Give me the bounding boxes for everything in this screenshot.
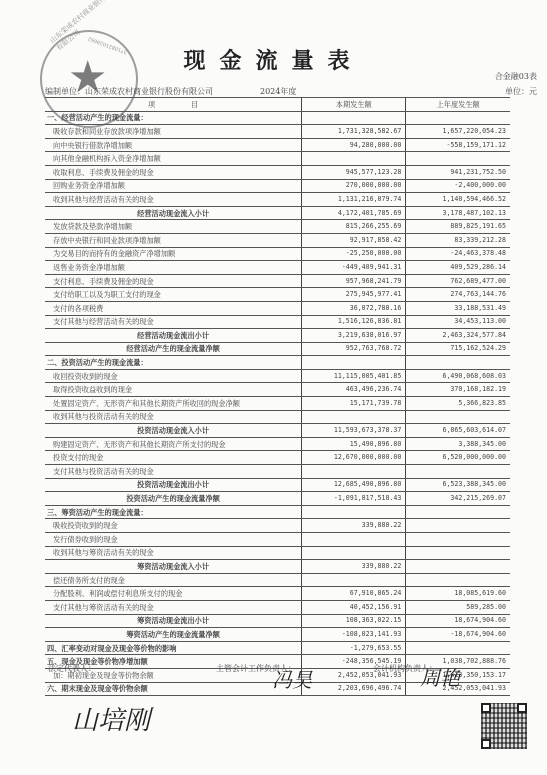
table-row: 收取利息、手续费及佣金的现金945,577,123.28941,231,752.… [45, 165, 510, 179]
current-period-value: 12,670,000,000.00 [302, 451, 406, 465]
prior-period-value: -558,159,171.12 [406, 138, 510, 152]
subtotal-row: 经营活动现金流出小计3,219,638,016.972,463,324,577.… [45, 329, 510, 343]
current-period-value: 11,593,673,378.37 [302, 424, 406, 438]
qr-code-icon [481, 703, 527, 749]
prior-period-value [406, 533, 510, 547]
row-label: 向其他金融机构拆入资金净增加额 [45, 152, 302, 166]
row-label: 发放贷款及垫款净增加额 [45, 220, 302, 234]
table-row: 发行债券收到的现金 [45, 533, 510, 547]
subtotal-row: 投资活动现金流出小计12,685,490,896.806,523,388,345… [45, 478, 510, 492]
table-row: 支付其他与投资活动有关的现金 [45, 465, 510, 479]
row-label: 收回投资收到的现金 [45, 369, 302, 383]
current-period-value [302, 465, 406, 479]
prior-period-value: 274,763,144.76 [406, 288, 510, 302]
prior-period-value: 5,366,823.85 [406, 397, 510, 411]
prior-period-value [406, 519, 510, 533]
row-label: 支付给职工以及为职工支付的现金 [45, 288, 302, 302]
page-title: 现金流量表 [0, 44, 547, 75]
prior-period-value: 1,657,220,054.23 [406, 125, 510, 139]
table-row: 支付其他与经营活动有关的现金1,516,126,836.8134,453,113… [45, 315, 510, 329]
row-label: 为交易目的而持有的金融资产净增加额 [45, 247, 302, 261]
table-row: 向中央银行借款净增加额94,280,000.00-558,159,171.12 [45, 138, 510, 152]
row-label: 二、投资活动产生的现金流量： [45, 356, 302, 370]
table-row: 收回投资收到的现金11,115,005,401.856,490,068,608.… [45, 369, 510, 383]
row-label: 收到其他与投资活动有关的现金 [45, 410, 302, 424]
current-period-value: -449,409,941.31 [302, 261, 406, 275]
current-period-value: -1,091,817,518.43 [302, 492, 406, 506]
current-period-value: 108,363,022.15 [302, 614, 406, 628]
prior-period-value: 715,162,524.29 [406, 342, 510, 356]
current-period-value: 1,516,126,836.81 [302, 315, 406, 329]
row-label: 一、经营活动产生的现金流量： [45, 111, 302, 125]
table-row: 投资支付的现金12,670,000,000.006,520,000,000.00 [45, 451, 510, 465]
reporting-entity: 编制单位：山东荣成农村商业银行股份有限公司 [45, 86, 213, 97]
row-label: 支付其他与投资活动有关的现金 [45, 465, 302, 479]
row-label: 投资支付的现金 [45, 451, 302, 465]
row-label: 返售业务资金净增加额 [45, 261, 302, 275]
prior-period-value: 6,490,068,608.03 [406, 369, 510, 383]
prior-period-value: 3,178,487,102.13 [406, 206, 510, 220]
row-label: 支付的各项税费 [45, 301, 302, 315]
legal-rep-label: 法定代表人： [48, 663, 96, 674]
current-period-value: -1,279,653.55 [302, 641, 406, 655]
row-label: 收取利息、手续费及佣金的现金 [45, 165, 302, 179]
row-label: 筹资活动现金流入小计 [45, 560, 302, 574]
table-row: 吸收存款和同业存放款项净增加额1,731,328,582.671,657,220… [45, 125, 510, 139]
row-label: 购建固定资产、无形资产和其他长期资产所支付的现金 [45, 437, 302, 451]
row-label: 发行债券收到的现金 [45, 533, 302, 547]
current-period-value [302, 573, 406, 587]
subtotal-row: 筹资活动产生的现金流量净额-108,023,141.93-18,674,904.… [45, 628, 510, 642]
table-body: 一、经营活动产生的现金流量：吸收存款和同业存放款项净增加额1,731,328,5… [45, 111, 510, 696]
row-label: 筹资活动现金流出小计 [45, 614, 302, 628]
current-period-value [302, 533, 406, 547]
table-row: 收到其他与筹资活动有关的现金 [45, 546, 510, 560]
prior-period-value [406, 641, 510, 655]
current-period-value: 1,731,328,582.67 [302, 125, 406, 139]
row-label: 筹资活动产生的现金流量净额 [45, 628, 302, 642]
section-row: 四、汇率变动对现金及现金等价物的影响-1,279,653.55 [45, 641, 510, 655]
table-row: 支付给职工以及为职工支付的现金275,945,977.41274,763,144… [45, 288, 510, 302]
table-row: 支付的各项税费36,072,788.1633,188,531.49 [45, 301, 510, 315]
current-period-value: 339,880.22 [302, 560, 406, 574]
table-row: 收到其他与经营活动有关的现金1,131,216,079.741,140,594,… [45, 193, 510, 207]
currency-unit: 单位：元 [505, 86, 537, 97]
prior-period-value: 33,188,531.49 [406, 301, 510, 315]
row-label: 投资活动现金流入小计 [45, 424, 302, 438]
row-label: 六、期末现金及现金等价物余额 [45, 682, 302, 696]
table-row: 支付其他与筹资活动有关的现金40,452,156.91589,285.00 [45, 600, 510, 614]
table-row: 发放贷款及垫款净增加额815,266,255.69889,825,191.65 [45, 220, 510, 234]
section-row: 三、筹资活动产生的现金流量： [45, 505, 510, 519]
row-label: 经营活动现金流入小计 [45, 206, 302, 220]
row-label: 分配股利、利润或偿付利息所支付的现金 [45, 587, 302, 601]
prior-period-value [406, 505, 510, 519]
current-period-value: 463,496,236.74 [302, 383, 406, 397]
section-row: 一、经营活动产生的现金流量： [45, 111, 510, 125]
prior-period-value [406, 573, 510, 587]
prior-period-value: 370,168,182.19 [406, 383, 510, 397]
prior-period-value: 342,215,269.07 [406, 492, 510, 506]
prior-period-value: 409,529,286.14 [406, 261, 510, 275]
prior-period-value: 83,339,212.28 [406, 233, 510, 247]
table-row: 支付利息、手续费及佣金的现金957,968,241.79762,689,477.… [45, 274, 510, 288]
table-row: 返售业务资金净增加额-449,409,941.31409,529,286.14 [45, 261, 510, 275]
table-row: 取得投资收益收到的现金463,496,236.74370,168,182.19 [45, 383, 510, 397]
row-label: 支付其他与经营活动有关的现金 [45, 315, 302, 329]
prior-period-value: 6,865,603,614.07 [406, 424, 510, 438]
current-period-value: 270,000,000.00 [302, 179, 406, 193]
current-period-value: 40,452,156.91 [302, 600, 406, 614]
chief-accountant-signature: 冯昊 [272, 664, 312, 693]
accounting-head-signature: 周艳 [420, 662, 460, 691]
row-label: 经营活动产生的现金流量净额 [45, 342, 302, 356]
subtotal-row: 经营活动现金流入小计4,172,401,785.693,178,487,102.… [45, 206, 510, 220]
prior-period-value [406, 356, 510, 370]
current-period-value: 815,266,255.69 [302, 220, 406, 234]
current-period-value [302, 356, 406, 370]
prior-period-value [406, 410, 510, 424]
prior-period-value: 3,388,345.00 [406, 437, 510, 451]
row-label: 投资活动产生的现金流量净额 [45, 492, 302, 506]
table-row: 偿还债务所支付的现金 [45, 573, 510, 587]
current-period-value: 36,072,788.16 [302, 301, 406, 315]
current-period-value [302, 546, 406, 560]
prior-period-value: -24,463,378.48 [406, 247, 510, 261]
row-label: 支付其他与筹资活动有关的现金 [45, 600, 302, 614]
table-row: 为交易目的而持有的金融资产净增加额-25,250,000.00-24,463,3… [45, 247, 510, 261]
column-header-current: 本期发生额 [302, 98, 406, 112]
row-label: 三、筹资活动产生的现金流量： [45, 505, 302, 519]
current-period-value [302, 152, 406, 166]
prior-period-value: -18,674,904.60 [406, 628, 510, 642]
prior-period-value [406, 152, 510, 166]
current-period-value [302, 410, 406, 424]
row-label: 向中央银行借款净增加额 [45, 138, 302, 152]
row-label: 取得投资收益收到的现金 [45, 383, 302, 397]
current-period-value: 94,280,000.00 [302, 138, 406, 152]
prior-period-value [406, 546, 510, 560]
table-row: 回购业务资金净增加额270,000,000.00-2,400,000.00 [45, 179, 510, 193]
current-period-value: 92,917,858.42 [302, 233, 406, 247]
current-period-value: -108,023,141.93 [302, 628, 406, 642]
prior-period-value: 589,285.00 [406, 600, 510, 614]
table-row: 处置固定资产、无形资产和其他长期资产所收回的现金净额15,171,739.785… [45, 397, 510, 411]
current-period-value: -25,250,000.00 [302, 247, 406, 261]
prior-period-value: 2,463,324,577.84 [406, 329, 510, 343]
prior-period-value: 18,085,619.60 [406, 587, 510, 601]
prior-period-value: 941,231,752.50 [406, 165, 510, 179]
row-label: 支付利息、手续费及佣金的现金 [45, 274, 302, 288]
row-label: 投资活动现金流出小计 [45, 478, 302, 492]
prior-period-value: 6,520,000,000.00 [406, 451, 510, 465]
current-period-value [302, 505, 406, 519]
row-label: 偿还债务所支付的现金 [45, 573, 302, 587]
table-row: 向其他金融机构拆入资金净增加额 [45, 152, 510, 166]
table-row: 分配股利、利润或偿付利息所支付的现金67,910,865.2418,085,61… [45, 587, 510, 601]
prior-period-value: 34,453,113.00 [406, 315, 510, 329]
row-label: 四、汇率变动对现金及现金等价物的影响 [45, 641, 302, 655]
current-period-value: 3,219,638,016.97 [302, 329, 406, 343]
table-row: 吸收投资收到的现金339,880.22 [45, 519, 510, 533]
legal-rep-signature: 山培刚 [72, 700, 150, 737]
current-period-value: 67,910,865.24 [302, 587, 406, 601]
row-label: 存放中央银行和同业款项净增加额 [45, 233, 302, 247]
prior-period-value: 18,674,904.60 [406, 614, 510, 628]
current-period-value: 957,968,241.79 [302, 274, 406, 288]
prior-period-value [406, 560, 510, 574]
subtotal-row: 经营活动产生的现金流量净额952,763,768.72715,162,524.2… [45, 342, 510, 356]
prior-period-value: -2,400,000.00 [406, 179, 510, 193]
row-label: 处置固定资产、无形资产和其他长期资产所收回的现金净额 [45, 397, 302, 411]
current-period-value: 2,203,696,496.74 [302, 682, 406, 696]
current-period-value: 275,945,977.41 [302, 288, 406, 302]
column-header-item: 项 目 [45, 98, 302, 112]
current-period-value: 339,880.22 [302, 519, 406, 533]
column-header-prior: 上年度发生额 [406, 98, 510, 112]
row-label: 收到其他与经营活动有关的现金 [45, 193, 302, 207]
subtotal-row: 筹资活动现金流入小计339,880.22 [45, 560, 510, 574]
prior-period-value: 762,689,477.00 [406, 274, 510, 288]
reporting-period: 2024年度 [260, 86, 296, 97]
current-period-value: 15,490,896.80 [302, 437, 406, 451]
current-period-value: 12,685,490,896.80 [302, 478, 406, 492]
cash-flow-table: 项 目 本期发生额 上年度发生额 一、经营活动产生的现金流量：吸收存款和同业存放… [45, 97, 510, 696]
prior-period-value [406, 465, 510, 479]
prior-period-value: 1,140,594,466.52 [406, 193, 510, 207]
current-period-value: 4,172,401,785.69 [302, 206, 406, 220]
current-period-value: 15,171,739.78 [302, 397, 406, 411]
subtotal-row: 筹资活动现金流出小计108,363,022.1518,674,904.60 [45, 614, 510, 628]
subtotal-row: 投资活动现金流入小计11,593,673,378.376,865,603,614… [45, 424, 510, 438]
current-period-value [302, 111, 406, 125]
section-row: 二、投资活动产生的现金流量： [45, 356, 510, 370]
row-label: 经营活动现金流出小计 [45, 329, 302, 343]
form-code: 合金融03表 [495, 71, 537, 82]
table-row: 收到其他与投资活动有关的现金 [45, 410, 510, 424]
current-period-value: 11,115,005,401.85 [302, 369, 406, 383]
current-period-value: 945,577,123.28 [302, 165, 406, 179]
row-label: 收到其他与筹资活动有关的现金 [45, 546, 302, 560]
row-label: 回购业务资金净增加额 [45, 179, 302, 193]
current-period-value: 952,763,768.72 [302, 342, 406, 356]
prior-period-value: 889,825,191.65 [406, 220, 510, 234]
subtotal-row: 投资活动产生的现金流量净额-1,091,817,518.43342,215,26… [45, 492, 510, 506]
row-label: 吸收投资收到的现金 [45, 519, 302, 533]
table-header-row: 项 目 本期发生额 上年度发生额 [45, 98, 510, 112]
table-row: 购建固定资产、无形资产和其他长期资产所支付的现金15,490,896.803,3… [45, 437, 510, 451]
current-period-value: 1,131,216,079.74 [302, 193, 406, 207]
table-row: 存放中央银行和同业款项净增加额92,917,858.4283,339,212.2… [45, 233, 510, 247]
row-label: 吸收存款和同业存放款项净增加额 [45, 125, 302, 139]
prior-period-value [406, 111, 510, 125]
prior-period-value: 6,523,388,345.00 [406, 478, 510, 492]
